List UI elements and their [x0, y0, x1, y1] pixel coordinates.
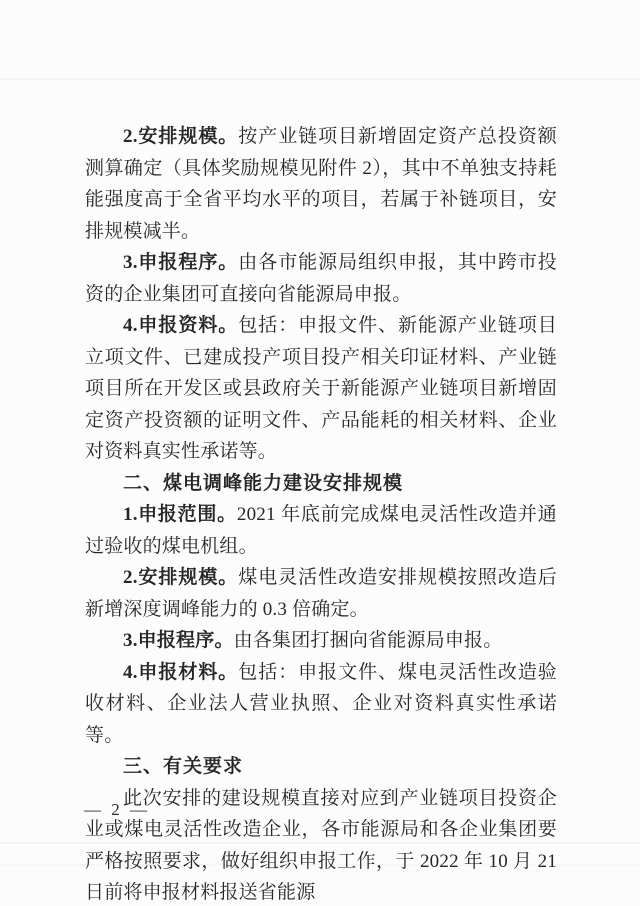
paragraph: 此次安排的建设规模直接对应到产业链项目投资企业或煤电灵活性改造企业，各市能源局和… — [85, 783, 557, 906]
paragraph: 4.申报资料。包括：申报文件、新能源产业链项目立项文件、已建成投产项目投产相关印… — [85, 310, 557, 468]
paragraph-lead: 3.申报程序。 — [123, 252, 238, 273]
paragraph-text: 由各集团打捆向省能源局申报。 — [234, 630, 503, 651]
paragraph-lead: 4.申报材料。 — [123, 662, 238, 683]
paragraph-text: 包括：申报文件、新能源产业链项目立项文件、已建成投产项目投产相关印证材料、产业链… — [85, 315, 557, 462]
paragraph-lead: 2.安排规模。 — [123, 126, 238, 147]
paragraph: 2.安排规模。煤电灵活性改造安排规模按照改造后新增深度调峰能力的 0.3 倍确定… — [85, 562, 557, 625]
paragraph: 4.申报材料。包括：申报文件、煤电灵活性改造验收材料、企业法人营业执照、企业对资… — [85, 657, 557, 752]
document-body: 2.安排规模。按产业链项目新增固定资产总投资额测算确定（具体奖励规模见附件 2）… — [85, 121, 557, 906]
paragraph: 2.安排规模。按产业链项目新增固定资产总投资额测算确定（具体奖励规模见附件 2）… — [85, 121, 557, 247]
paragraph: 3.申报程序。由各市能源局组织申报，其中跨市投资的企业集团可直接向省能源局申报。 — [85, 247, 557, 310]
document-page: 2.安排规模。按产业链项目新增固定资产总投资额测算确定（具体奖励规模见附件 2）… — [0, 0, 640, 906]
section-heading: 二、煤电调峰能力建设安排规模 — [85, 468, 557, 500]
paragraph: 1.申报范围。2021 年底前完成煤电灵活性改造并通过验收的煤电机组。 — [85, 499, 557, 562]
paragraph-lead: 1.申报范围。 — [123, 504, 237, 525]
page-number: — 2 — — [84, 800, 150, 820]
paragraph-lead: 2.安排规模。 — [123, 567, 238, 588]
paragraph-lead: 3.申报程序。 — [123, 630, 234, 651]
paragraph-lead: 4.申报资料。 — [123, 315, 238, 336]
scan-artifact — [0, 78, 640, 80]
paragraph-text: 此次安排的建设规模直接对应到产业链项目投资企业或煤电灵活性改造企业，各市能源局和… — [85, 788, 557, 904]
paragraph: 3.申报程序。由各集团打捆向省能源局申报。 — [85, 625, 557, 657]
section-heading: 三、有关要求 — [85, 751, 557, 783]
